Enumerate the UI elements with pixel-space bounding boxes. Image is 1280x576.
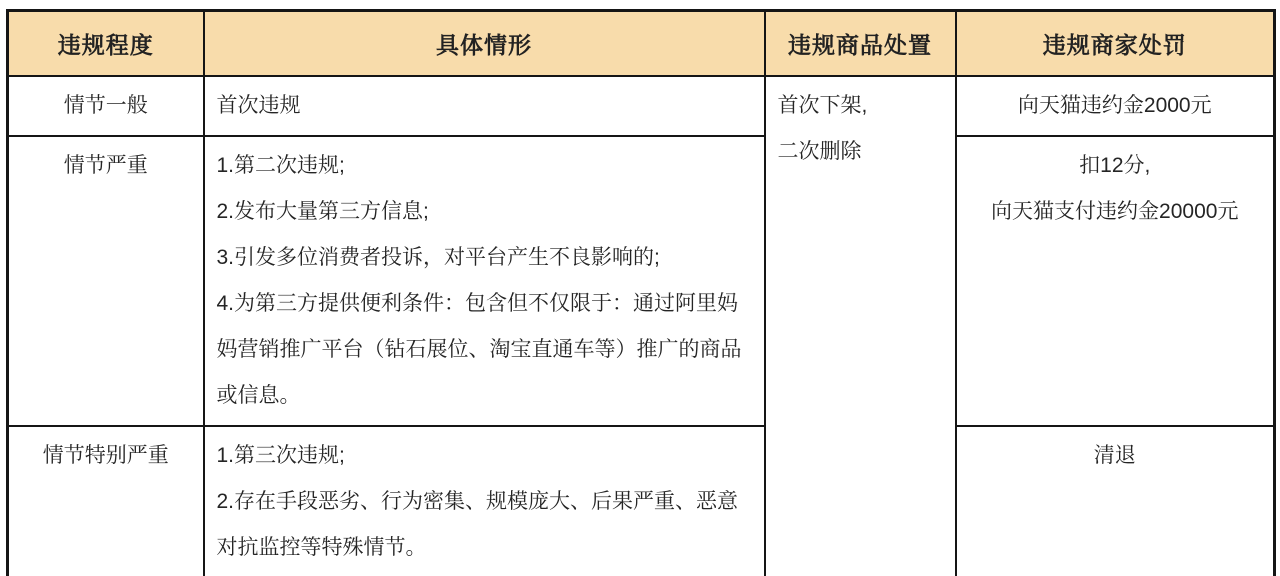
penalty-cell-serious: 扣12分, 向天猫支付违约金20000元	[956, 136, 1275, 426]
penalty-line: 向天猫支付违约金20000元	[969, 189, 1262, 235]
degree-cell-extreme: 情节特别严重	[8, 426, 204, 576]
detail-line: 4.为第三方提供便利条件：包含但不仅限于：通过阿里妈妈营销推广平台（钻石展位、淘…	[217, 281, 752, 419]
penalty-cell-general: 向天猫违约金2000元	[956, 76, 1275, 136]
disposal-line: 首次下架,	[778, 83, 943, 129]
detail-line: 2.发布大量第三方信息;	[217, 189, 752, 235]
detail-line: 1.第二次违规;	[217, 143, 752, 189]
product-disposal-cell: 首次下架, 二次删除	[765, 76, 956, 576]
header-merchant-penalty: 违规商家处罚	[956, 11, 1275, 77]
penalty-cell-extreme: 清退	[956, 426, 1275, 576]
degree-label: 情节严重	[21, 143, 191, 189]
violation-rules-page: 违规程度 具体情形 违规商品处置 违规商家处罚 情节一般 首次违规 首次下架, …	[0, 0, 1280, 576]
penalty-line: 扣12分,	[969, 143, 1262, 189]
disposal-line: 二次删除	[778, 129, 943, 175]
detail-line: 首次违规	[217, 83, 752, 129]
penalty-line: 清退	[969, 433, 1262, 479]
detail-line: 2.存在手段恶劣、行为密集、规模庞大、后果严重、恶意对抗监控等特殊情节。	[217, 479, 752, 571]
table-row-serious: 情节严重 1.第二次违规; 2.发布大量第三方信息; 3.引发多位消费者投诉，对…	[8, 136, 1275, 426]
table-row-general: 情节一般 首次违规 首次下架, 二次删除 向天猫违约金2000元	[8, 76, 1275, 136]
detail-line: 1.第三次违规;	[217, 433, 752, 479]
degree-cell-serious: 情节严重	[8, 136, 204, 426]
degree-label: 情节一般	[21, 83, 191, 129]
detail-line: 3.引发多位消费者投诉，对平台产生不良影响的;	[217, 235, 752, 281]
header-details: 具体情形	[204, 11, 765, 77]
degree-label: 情节特别严重	[21, 433, 191, 479]
violation-rules-table: 违规程度 具体情形 违规商品处置 违规商家处罚 情节一般 首次违规 首次下架, …	[6, 9, 1276, 576]
header-product-disposal: 违规商品处置	[765, 11, 956, 77]
penalty-line: 向天猫违约金2000元	[969, 83, 1262, 129]
degree-cell-general: 情节一般	[8, 76, 204, 136]
details-cell-extreme: 1.第三次违规; 2.存在手段恶劣、行为密集、规模庞大、后果严重、恶意对抗监控等…	[204, 426, 765, 576]
header-row: 违规程度 具体情形 违规商品处置 违规商家处罚	[8, 11, 1275, 77]
header-degree: 违规程度	[8, 11, 204, 77]
details-cell-serious: 1.第二次违规; 2.发布大量第三方信息; 3.引发多位消费者投诉，对平台产生不…	[204, 136, 765, 426]
details-cell-general: 首次违规	[204, 76, 765, 136]
table-row-extreme: 情节特别严重 1.第三次违规; 2.存在手段恶劣、行为密集、规模庞大、后果严重、…	[8, 426, 1275, 576]
